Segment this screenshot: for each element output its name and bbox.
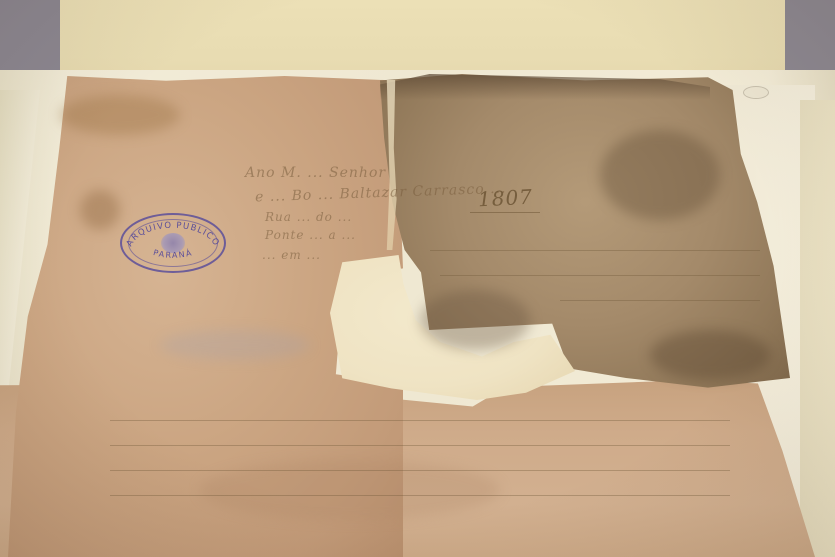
text-line	[430, 250, 760, 251]
text-line	[110, 495, 730, 496]
stain	[200, 460, 500, 520]
stain	[600, 130, 720, 220]
folder-right-edge	[800, 100, 835, 557]
stain	[650, 330, 770, 380]
stamp-bottom-text: PARANÁ	[152, 246, 194, 260]
stain	[80, 190, 120, 230]
text-line	[110, 470, 730, 471]
stain	[60, 95, 180, 135]
text-line	[110, 445, 730, 446]
svg-text:PARANÁ: PARANÁ	[152, 246, 194, 260]
year-underline	[470, 212, 540, 213]
stain	[160, 330, 310, 360]
photo-scene: Ano M. ... Senhor e ... Bo ... Baltazar …	[0, 0, 835, 557]
handwriting-line: Ano M. ... Senhor	[245, 165, 386, 181]
handwriting-line: ... em ...	[262, 248, 321, 262]
handwriting-line: Rua ... do ...	[265, 210, 352, 224]
stamp-top-text: ARQUIVO PUBLICO	[125, 221, 222, 249]
text-line	[110, 420, 730, 421]
stain	[420, 290, 530, 350]
document-year: 1807	[477, 185, 533, 212]
stamp-text-arc: ARQUIVO PUBLICO PARANÁ	[120, 213, 226, 273]
text-line	[440, 275, 760, 276]
handwriting-line: Ponte ... a ...	[265, 228, 356, 242]
punch-hole	[743, 86, 769, 99]
svg-text:ARQUIVO PUBLICO: ARQUIVO PUBLICO	[125, 221, 222, 249]
text-line	[560, 300, 760, 301]
